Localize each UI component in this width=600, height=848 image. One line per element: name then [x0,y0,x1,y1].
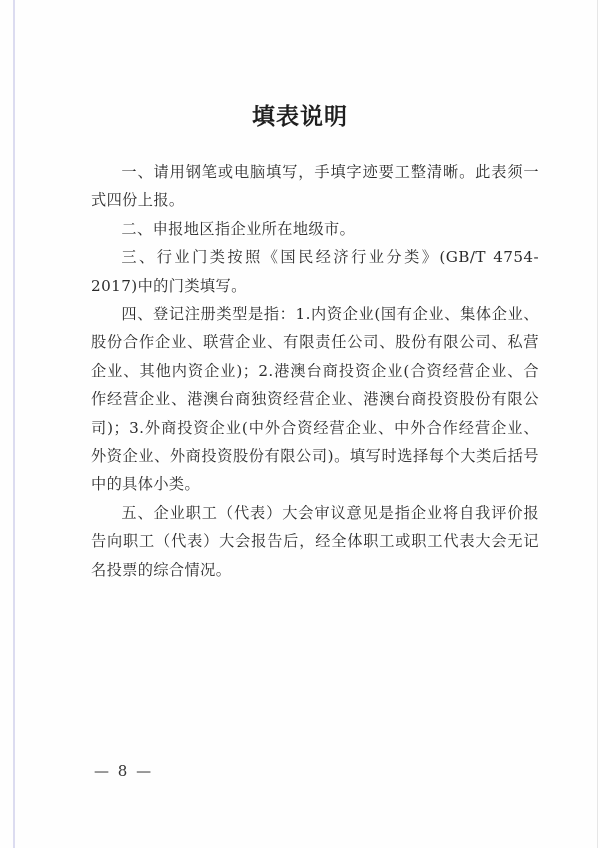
instruction-1: 一、请用钢笔或电脑填写，手填字迹要工整清晰。此表须一式四份上报。 [91,158,539,215]
instructions-body: 一、请用钢笔或电脑填写，手填字迹要工整清晰。此表须一式四份上报。 二、申报地区指… [91,158,539,584]
instruction-4: 四、登记注册类型是指：1.内资企业(国有企业、集体企业、股份合作企业、联营企业、… [91,300,539,499]
instruction-5: 五、企业职工（代表）大会审议意见是指企业将自我评价报告向职工（代表）大会报告后，… [91,499,539,584]
instruction-2: 二、申报地区指企业所在地级市。 [91,215,539,243]
page-number: — 8 — [94,762,153,780]
page-title: 填表说明 [0,98,600,131]
document-page: 填表说明 一、请用钢笔或电脑填写，手填字迹要工整清晰。此表须一式四份上报。 二、… [0,0,600,848]
instruction-3: 三、行业门类按照《国民经济行业分类》(GB/T 4754-2017)中的门类填写… [91,243,539,300]
